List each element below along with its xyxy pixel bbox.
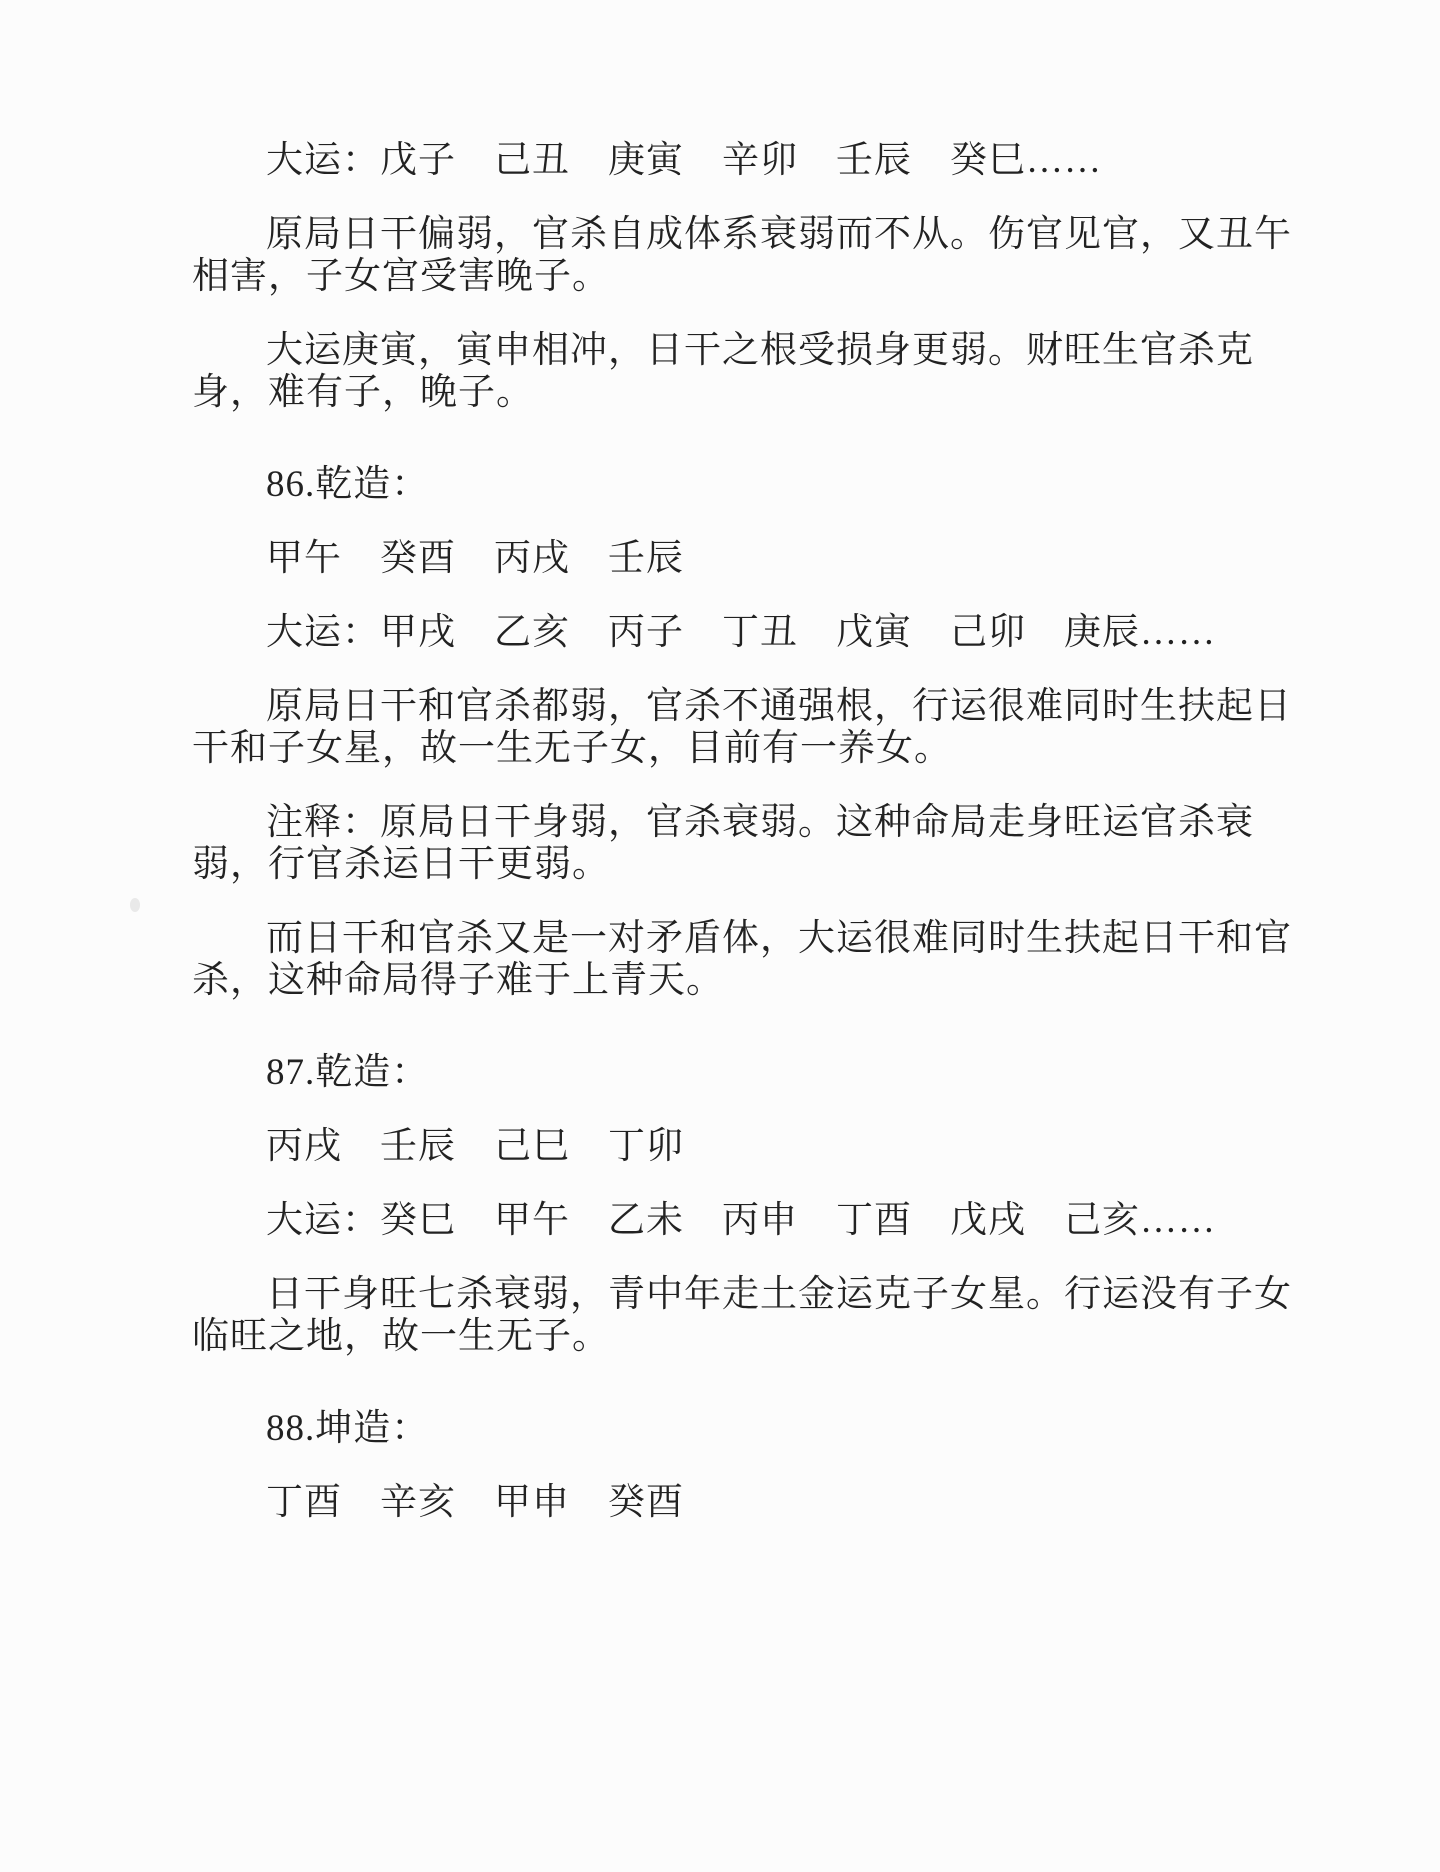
document-page: 大运：戊子 己丑 庚寅 辛卯 壬辰 癸巳…… 原局日干偏弱，官杀自成体系衰弱而不… — [0, 0, 1440, 1872]
text-line: 而日干和官杀又是一对矛盾体，大运很难同时生扶起日干和官 — [192, 918, 1297, 960]
pillars-line: 甲午 癸酉 丙戌 壬辰 — [192, 538, 1297, 580]
text-line: 大运：戊子 己丑 庚寅 辛卯 壬辰 癸巳…… — [192, 140, 1297, 182]
text-line: 干和子女星，故一生无子女，目前有一养女。 — [192, 728, 1297, 770]
section-heading: 86.乾造： — [192, 464, 1297, 506]
text-line: 原局日干偏弱，官杀自成体系衰弱而不从。伤官见官，又丑午 — [192, 214, 1297, 256]
text-line: 身，难有子，晚子。 — [192, 372, 1297, 414]
pillars-line: 丁酉 辛亥 甲申 癸酉 — [192, 1482, 1297, 1524]
text-line: 大运：甲戌 乙亥 丙子 丁丑 戊寅 己卯 庚辰…… — [192, 612, 1297, 654]
text-line: 相害，子女宫受害晚子。 — [192, 256, 1297, 298]
text-line: 大运：癸巳 甲午 乙未 丙申 丁酉 戊戌 己亥…… — [192, 1200, 1297, 1242]
section-heading: 88.坤造： — [192, 1408, 1297, 1450]
text-line: 杀，这种命局得子难于上青天。 — [192, 960, 1297, 1002]
analysis-paragraph: 原局日干和官杀都弱，官杀不通强根，行运很难同时生扶起日 干和子女星，故一生无子女… — [192, 686, 1297, 770]
analysis-paragraph: 原局日干偏弱，官杀自成体系衰弱而不从。伤官见官，又丑午 相害，子女宫受害晚子。 — [192, 214, 1297, 298]
case-87-heading: 87.乾造： — [192, 1052, 1297, 1094]
text-line: 弱，行官杀运日干更弱。 — [192, 844, 1297, 886]
analysis-paragraph: 大运庚寅，寅申相冲，日干之根受损身更弱。财旺生官杀克 身，难有子，晚子。 — [192, 330, 1297, 414]
text-line: 原局日干和官杀都弱，官杀不通强根，行运很难同时生扶起日 — [192, 686, 1297, 728]
text-line: 大运庚寅，寅申相冲，日干之根受损身更弱。财旺生官杀克 — [192, 330, 1297, 372]
analysis-paragraph: 注释：原局日干身弱，官杀衰弱。这种命局走身旺运官杀衰 弱，行官杀运日干更弱。 — [192, 802, 1297, 886]
page-text-column: 大运：戊子 己丑 庚寅 辛卯 壬辰 癸巳…… 原局日干偏弱，官杀自成体系衰弱而不… — [192, 140, 1297, 1524]
text-line: 日干身旺七杀衰弱，青中年走土金运克子女星。行运没有子女 — [192, 1274, 1297, 1316]
section-heading: 87.乾造： — [192, 1052, 1297, 1094]
text-line: 注释：原局日干身弱，官杀衰弱。这种命局走身旺运官杀衰 — [192, 802, 1297, 844]
text-line: 丙戌 壬辰 己巳 丁卯 — [192, 1126, 1297, 1168]
dayun-line: 大运：戊子 己丑 庚寅 辛卯 壬辰 癸巳…… — [192, 140, 1297, 182]
dayun-line: 大运：甲戌 乙亥 丙子 丁丑 戊寅 己卯 庚辰…… — [192, 612, 1297, 654]
text-line: 临旺之地，故一生无子。 — [192, 1316, 1297, 1358]
scan-artifact — [130, 898, 140, 912]
text-line: 丁酉 辛亥 甲申 癸酉 — [192, 1482, 1297, 1524]
pillars-line: 丙戌 壬辰 己巳 丁卯 — [192, 1126, 1297, 1168]
dayun-line: 大运：癸巳 甲午 乙未 丙申 丁酉 戊戌 己亥…… — [192, 1200, 1297, 1242]
case-88-heading: 88.坤造： — [192, 1408, 1297, 1450]
case-86-heading: 86.乾造： — [192, 464, 1297, 506]
analysis-paragraph: 而日干和官杀又是一对矛盾体，大运很难同时生扶起日干和官 杀，这种命局得子难于上青… — [192, 918, 1297, 1002]
analysis-paragraph: 日干身旺七杀衰弱，青中年走土金运克子女星。行运没有子女 临旺之地，故一生无子。 — [192, 1274, 1297, 1358]
text-line: 甲午 癸酉 丙戌 壬辰 — [192, 538, 1297, 580]
